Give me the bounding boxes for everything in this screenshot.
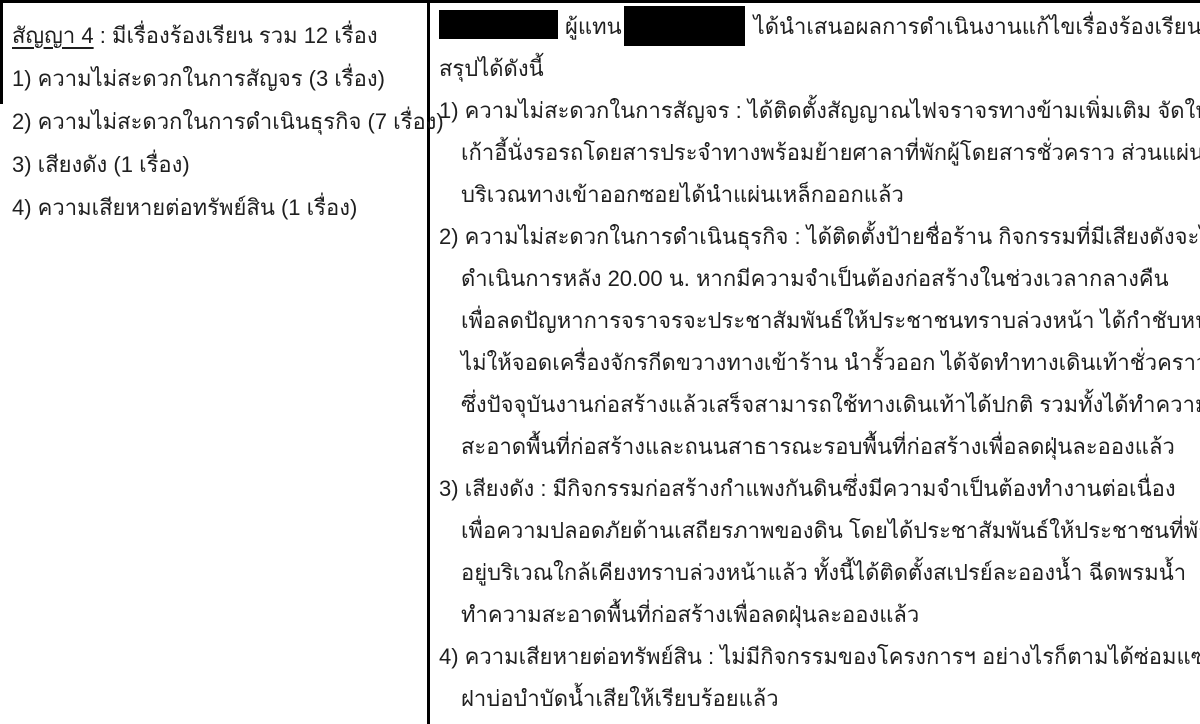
presenter-intro-line: ผู้แทนได้นำเสนอผลการดำเนินงานแก้ไขเรื่อง… (439, 6, 1188, 48)
complaint-item: 2) ความไม่สะดวกในการดำเนินธุรกิจ (7 เรื่… (12, 100, 419, 143)
resolution-line: 3) เสียงดัง : มีกิจกรรมก่อสร้างกำแพงกันด… (439, 468, 1188, 510)
complaint-total-text: : มีเรื่องร้องเรียน รวม 12 เรื่อง (94, 23, 378, 48)
resolution-item-2: 2) ความไม่สะดวกในการดำเนินธุรกิจ : ได้ติ… (439, 216, 1188, 468)
redaction-box-name-2 (624, 6, 745, 46)
contract-label: สัญญา 4 (12, 23, 94, 48)
complaint-summary-panel: สัญญา 4 : มีเรื่องร้องเรียน รวม 12 เรื่อ… (3, 3, 423, 229)
resolution-line: ทำความสะอาดพื้นที่ก่อสร้างเพื่อลดฝุ่นละอ… (439, 594, 1188, 636)
representative-label: ผู้แทน (565, 14, 622, 39)
document-page: สัญญา 4 : มีเรื่องร้องเรียน รวม 12 เรื่อ… (0, 0, 1200, 724)
resolution-line: ฝาบ่อบำบัดน้ำเสียให้เรียบร้อยแล้ว (439, 678, 1188, 720)
resolution-line: ดำเนินการหลัง 20.00 น. หากมีความจำเป็นต้… (439, 258, 1188, 300)
complaint-item: 4) ความเสียหายต่อทรัพย์สิน (1 เรื่อง) (12, 186, 419, 229)
resolution-line: เพื่อความปลอดภัยด้านเสถียรภาพของดิน โดยไ… (439, 510, 1188, 552)
resolution-line: ซึ่งปัจจุบันงานก่อสร้างแล้วเสร็จสามารถใช… (439, 384, 1188, 426)
resolution-line: อยู่บริเวณใกล้เคียงทราบล่วงหน้าแล้ว ทั้ง… (439, 552, 1188, 594)
resolution-item-1: 1) ความไม่สะดวกในการสัญจร : ได้ติดตั้งสั… (439, 90, 1188, 216)
resolution-line: บริเวณทางเข้าออกซอยได้นำแผ่นเหล็กออกแล้ว (439, 174, 1188, 216)
redaction-box-name-1 (439, 10, 558, 39)
resolution-line: ไม่ให้จอดเครื่องจักรกีดขวางทางเข้าร้าน น… (439, 342, 1188, 384)
resolution-line: 4) ความเสียหายต่อทรัพย์สิน : ไม่มีกิจกรร… (439, 636, 1188, 678)
resolution-report-panel: ผู้แทนได้นำเสนอผลการดำเนินงานแก้ไขเรื่อง… (430, 3, 1200, 720)
resolution-line: 1) ความไม่สะดวกในการสัญจร : ได้ติดตั้งสั… (439, 90, 1188, 132)
resolution-line: เพื่อลดปัญหาการจราจรจะประชาสัมพันธ์ให้ปร… (439, 300, 1188, 342)
complaint-item: 3) เสียงดัง (1 เรื่อง) (12, 143, 419, 186)
complaint-summary-header: สัญญา 4 : มีเรื่องร้องเรียน รวม 12 เรื่อ… (12, 14, 419, 57)
complaint-item: 1) ความไม่สะดวกในการสัญจร (3 เรื่อง) (12, 57, 419, 100)
summary-lead-line: สรุปได้ดังนี้ (439, 48, 1188, 90)
presented-results-text: ได้นำเสนอผลการดำเนินงานแก้ไขเรื่องร้องเร… (754, 14, 1200, 39)
resolution-item-3: 3) เสียงดัง : มีกิจกรรมก่อสร้างกำแพงกันด… (439, 468, 1188, 636)
resolution-line: 2) ความไม่สะดวกในการดำเนินธุรกิจ : ได้ติ… (439, 216, 1188, 258)
resolution-line: เก้าอี้นั่งรอรถโดยสารประจำทางพร้อมย้ายศา… (439, 132, 1188, 174)
resolution-line: สะอาดพื้นที่ก่อสร้างและถนนสาธารณะรอบพื้น… (439, 426, 1188, 468)
resolution-item-4: 4) ความเสียหายต่อทรัพย์สิน : ไม่มีกิจกรร… (439, 636, 1188, 720)
